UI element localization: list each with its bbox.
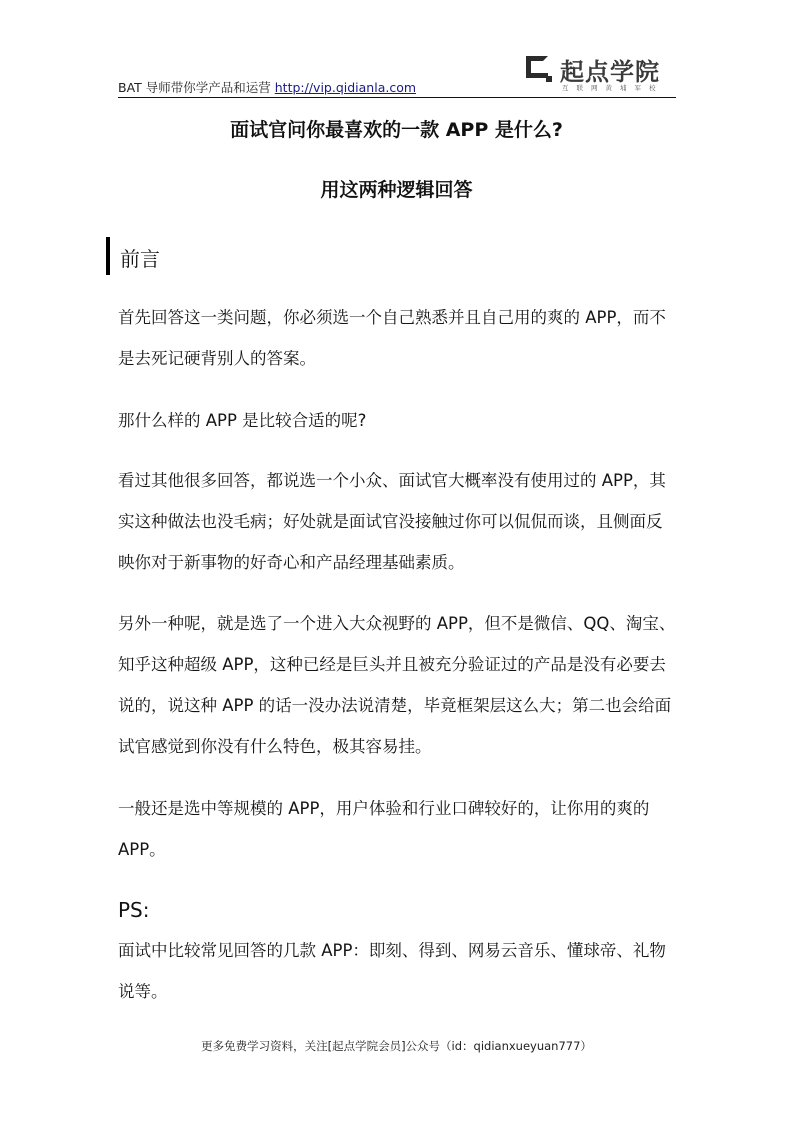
paragraph: 看过其他很多回答，都说选一个小众、面试官大概率没有使用过的 APP，其实这种做法… — [118, 460, 678, 583]
document-subtitle: 用这两种逻辑回答 — [0, 175, 793, 202]
paragraph: 首先回答这一类问题，你必须选一个自己熟悉并且自己用的爽的 APP，而不是去死记硬… — [118, 297, 678, 379]
paragraph: 一般还是选中等规模的 APP，用户体验和行业口碑较好的，让你用的爽的 APP。 — [118, 788, 678, 870]
section-title: 前言 — [120, 243, 160, 272]
ps-label: PS: — [118, 898, 150, 922]
paragraph: 另外一种呢，就是选了一个进入大众视野的 APP，但不是微信、QQ、淘宝、知乎这种… — [118, 603, 678, 767]
header-divider — [118, 97, 676, 98]
document-title: 面试官问你最喜欢的一款 APP 是什么? — [0, 115, 793, 142]
logo-name: 起点学院 — [560, 52, 660, 87]
section-bar — [106, 237, 110, 275]
logo-subtitle: 互联网黄埔军校 — [562, 83, 664, 92]
logo: 起点学院 互联网黄埔军校 — [526, 54, 676, 94]
logo-dot-icon — [546, 76, 552, 82]
header-tagline: BAT 导师带你学产品和运营 http://vip.qidianla.com — [118, 78, 416, 96]
header-link[interactable]: http://vip.qidianla.com — [275, 80, 416, 95]
paragraph: 那什么样的 APP 是比较合适的呢? — [118, 400, 678, 441]
logo-mark-icon-part — [526, 56, 548, 78]
tagline-text: BAT 导师带你学产品和运营 — [118, 80, 271, 95]
page-footer: 更多免费学习资料，关注[起点学院会员]公众号（id：qidianxueyuan7… — [0, 1038, 793, 1054]
page-header: BAT 导师带你学产品和运营 http://vip.qidianla.com 起… — [118, 50, 676, 98]
ps-paragraph: 面试中比较常见回答的几款 APP：即刻、得到、网易云音乐、懂球帝、礼物说等。 — [118, 930, 678, 1012]
